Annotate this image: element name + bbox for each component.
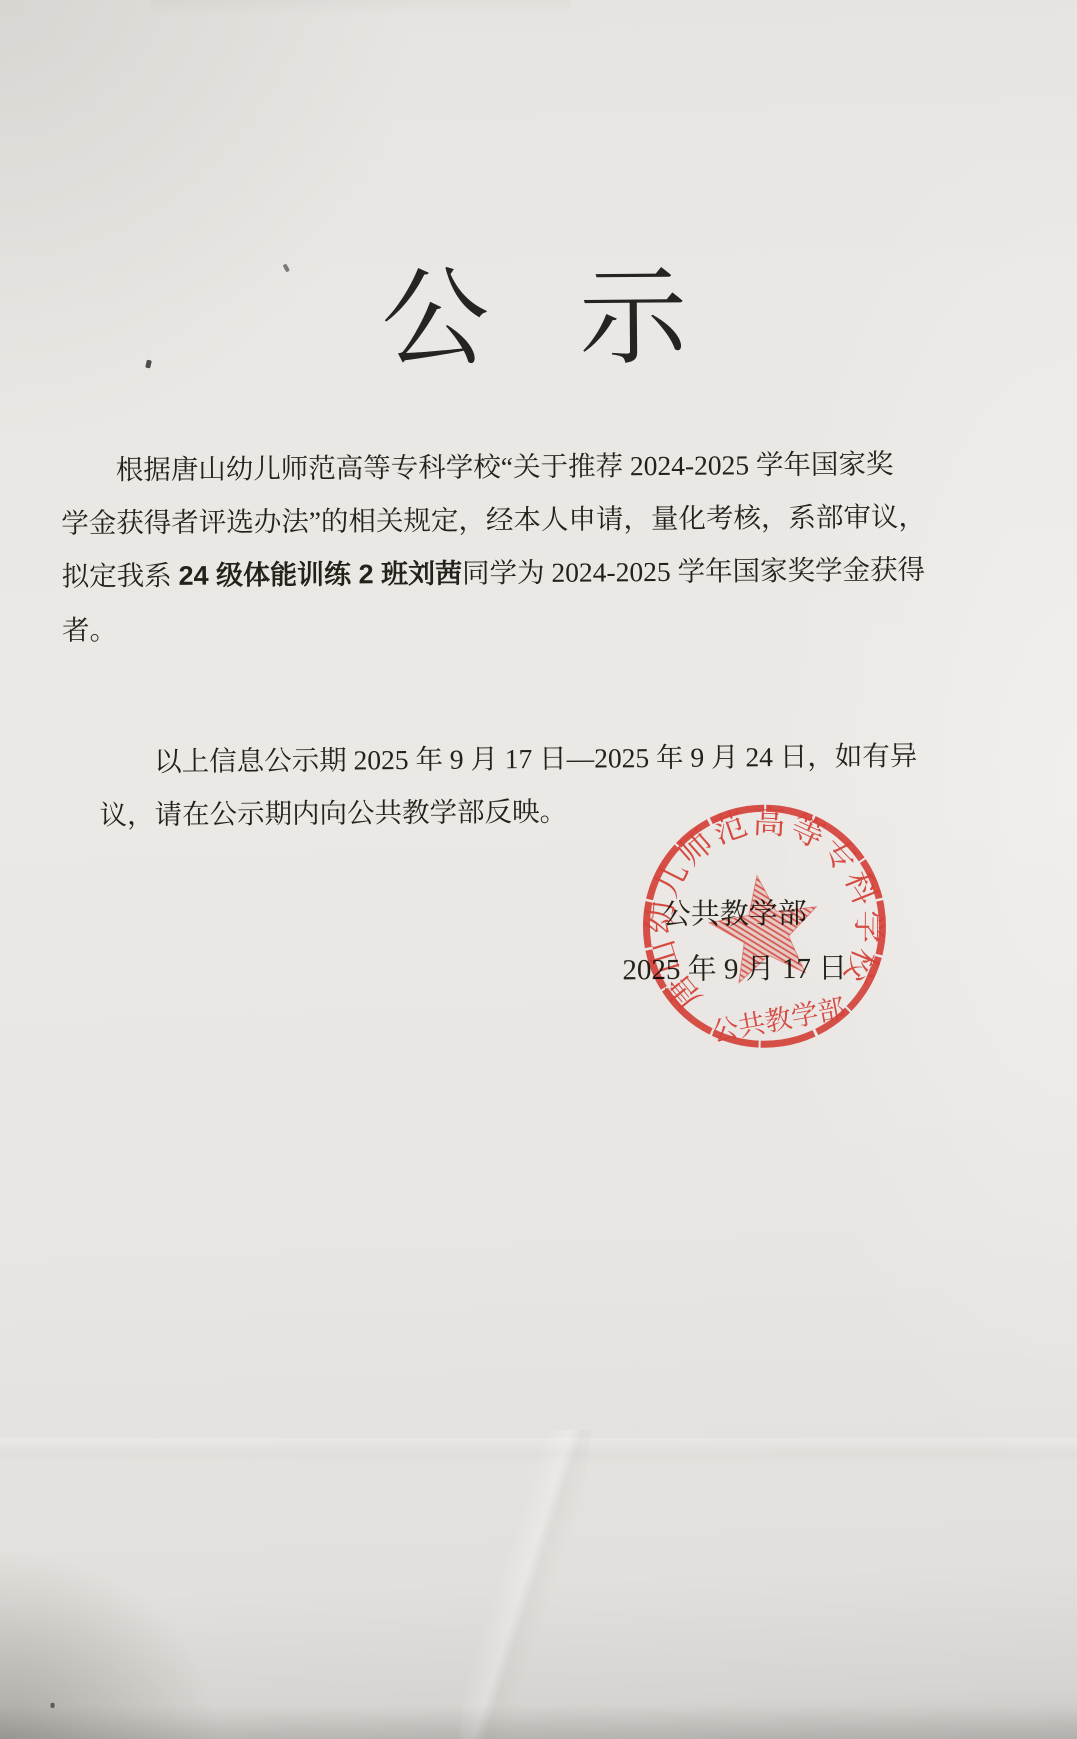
paragraph-recommendation: 根据唐山幼儿师范高等专科学校“关于推荐 2024-2025 学年国家奖 学金获得…	[61, 436, 1043, 657]
paper-speck	[51, 1703, 55, 1708]
text-line: 学金获得者评选办法”的相关规定，经本人申请，量化考核，系部审议，	[61, 489, 1041, 550]
text-line: 者。	[62, 596, 1042, 657]
seal-bottom-text: 公共教学部	[709, 993, 847, 1047]
title-char-right: 示	[579, 257, 688, 382]
text-segment: 拟定我系	[62, 560, 179, 592]
document-title: 公示	[0, 254, 1073, 387]
student-class-name: 24 级体能训练 2 班刘茜	[178, 559, 462, 591]
official-seal: 唐山幼儿师范高等专科学校 公共教学部	[609, 771, 920, 1082]
paragraph-publicity-period: 以上信息公示期 2025 年 9 月 17 日—2025 年 9 月 24 日，…	[99, 728, 1050, 841]
text-line: 拟定我系 24 级体能训练 2 班刘茜同学为 2024-2025 学年国家奖学金…	[61, 542, 1041, 604]
text-line: 议，请在公示期内向公共教学部反映。	[99, 781, 1049, 841]
text-line: 以上信息公示期 2025 年 9 月 17 日—2025 年 9 月 24 日，…	[99, 728, 1049, 788]
text-segment: 同学为 2024-2025 学年国家奖学金获得	[462, 554, 925, 589]
title-char-left: 公	[381, 258, 490, 383]
document-photo: 公示 根据唐山幼儿师范高等专科学校“关于推荐 2024-2025 学年国家奖 学…	[0, 0, 1077, 1739]
text-line: 根据唐山幼儿师范高等专科学校“关于推荐 2024-2025 学年国家奖	[61, 436, 1041, 497]
seal-star-icon	[703, 868, 825, 986]
announcement-sheet: 公示 根据唐山幼儿师范高等专科学校“关于推荐 2024-2025 学年国家奖 学…	[0, 0, 1077, 1739]
